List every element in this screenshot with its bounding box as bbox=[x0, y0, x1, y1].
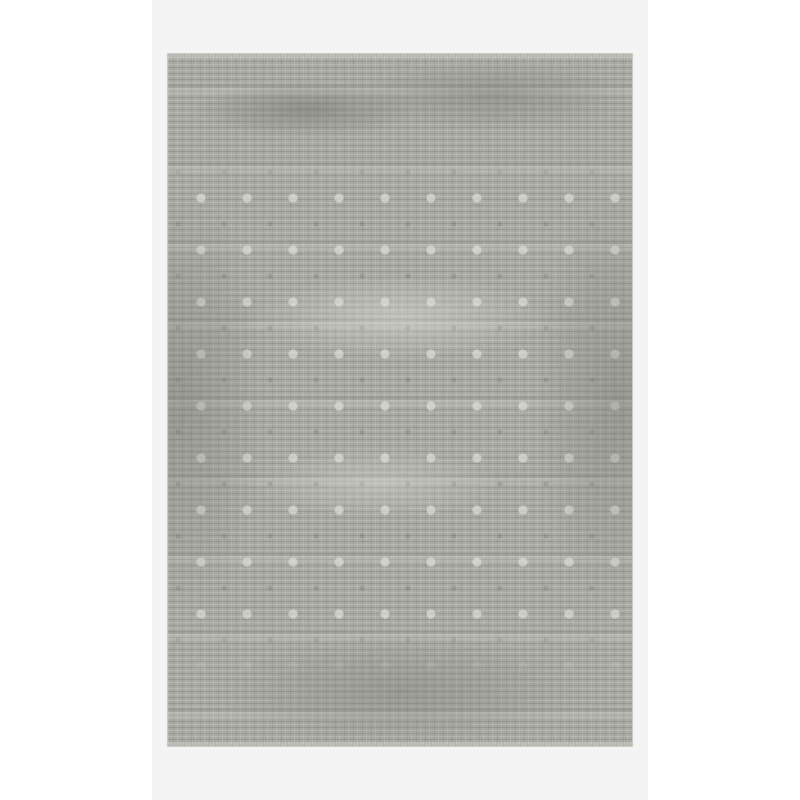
rug-top-edge bbox=[168, 54, 632, 58]
rug-bottom-edge bbox=[168, 742, 632, 746]
rug-image bbox=[168, 54, 632, 746]
rug-distressed-shading bbox=[168, 54, 632, 746]
